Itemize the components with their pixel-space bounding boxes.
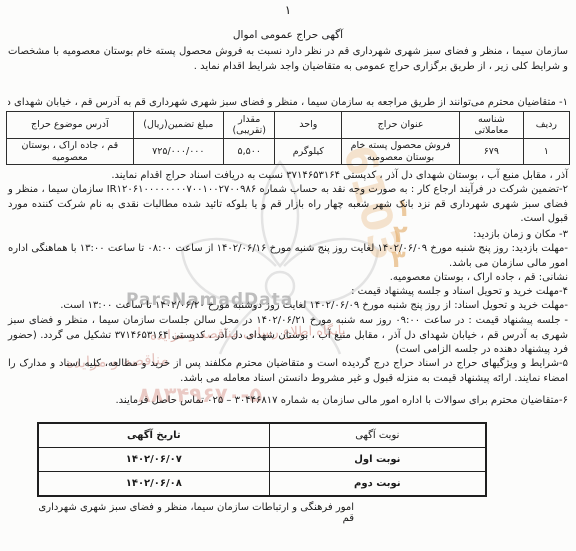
cell-quantity: ۵,۵۰۰ <box>224 139 275 165</box>
clause-4-price-session: - جلسه پیشنهاد قیمت : در ساعت ۰۹:۰۰ روز … <box>8 314 568 358</box>
cell-subject-address: قم ، جاده اراک ، بوستان معصومیه <box>7 139 134 165</box>
publication-schedule-table: نوبت آگهی تاریخ آگهی نوبت اول ۱۴۰۲/۰۶/۰۷… <box>37 422 487 497</box>
cell-unit: کیلوگرم <box>275 139 342 165</box>
cell-row-number: ۱ <box>523 139 569 165</box>
clause-4-heading: ۴-مهلت خرید و تحویل اسناد و جلسه پیشنهاد… <box>8 285 568 300</box>
page-number: ۱ <box>0 3 576 17</box>
cell-transaction-id: ۶۷۹ <box>460 139 524 165</box>
header-unit: واحد <box>275 112 342 139</box>
cell-round-second: نوبت دوم <box>269 472 486 497</box>
notice-title: آگهی حراج عمومی اموال <box>0 29 576 41</box>
notice-intro-paragraph: سازمان سیما ، منظر و فضای سبز شهری شهردا… <box>8 45 568 74</box>
clause-1-applicants: ۱- متقاضیان محترم می‌توانند از طریق مراج… <box>8 96 568 111</box>
auction-table-data-row: ۱ ۶۷۹ فروش محصول پسته خام بوستان معصومیه… <box>7 139 570 165</box>
issuing-department-signature: امور فرهنگی و ارتباطات سازمان سیما، منظر… <box>30 502 354 524</box>
header-transaction-id: شناسه معاملاتی <box>460 112 524 139</box>
cell-date-second: ۱۴۰۲/۰۶/۰۸ <box>38 472 269 497</box>
header-quantity: مقدار (تقریبی) <box>224 112 275 139</box>
header-row-number: ردیف <box>523 112 569 139</box>
clause-3-heading: ۳- مکان و زمان بازدید: <box>8 228 568 243</box>
scanned-auction-notice-page: ParsNamadData پایگاه اطلاع رسانی مناقصه … <box>0 0 576 551</box>
header-deposit-amount: مبلغ تضمین(ریال) <box>133 112 223 139</box>
clause-5-terms: ۵-شرایط و ویژگیهای حراج در اسناد حراج در… <box>8 357 568 386</box>
clause-2-deposit: ۲-تضمین شرکت در فرآیند ارجاع کار : به صو… <box>8 183 568 227</box>
header-auction-title: عنوان حراج <box>342 112 460 139</box>
clause-1-continuation: آذر ، مقابل منبع آب ، بوستان شهدای دل آذ… <box>8 169 568 184</box>
auction-table-header-row: ردیف شناسه معاملاتی عنوان حراج واحد مقدا… <box>7 112 570 139</box>
clause-4-documents-deadline: -مهلت خرید و تحویل اسناد: از روز پنج شنب… <box>8 299 568 314</box>
cell-auction-title: فروش محصول پسته خام بوستان معصومیه <box>342 139 460 165</box>
cell-deposit-amount: ۷۲۵/۰۰۰/۰۰۰ <box>133 139 223 165</box>
header-publication-round: نوبت آگهی <box>269 423 486 448</box>
schedule-header-row: نوبت آگهی تاریخ آگهی <box>38 423 486 448</box>
schedule-row-first: نوبت اول ۱۴۰۲/۰۶/۰۷ <box>38 448 486 472</box>
schedule-row-second: نوبت دوم ۱۴۰۲/۰۶/۰۸ <box>38 472 486 497</box>
header-subject-address: آدرس موضوع حراج <box>7 112 134 139</box>
clause-3-address: نشانی: قم ، جاده اراک ، بوستان معصومیه. <box>8 271 568 286</box>
header-publication-date: تاریخ آگهی <box>38 423 269 448</box>
auction-items-table: ردیف شناسه معاملاتی عنوان حراج واحد مقدا… <box>6 111 570 165</box>
cell-date-first: ۱۴۰۲/۰۶/۰۷ <box>38 448 269 472</box>
cell-round-first: نوبت اول <box>269 448 486 472</box>
clause-6-contact: ۶-متقاضیان محترم برای سوالات با اداره ام… <box>8 394 568 409</box>
clause-3-visit-period: -مهلت بازدید: روز پنج شنبه مورخ ۱۴۰۲/۰۶/… <box>8 242 568 271</box>
